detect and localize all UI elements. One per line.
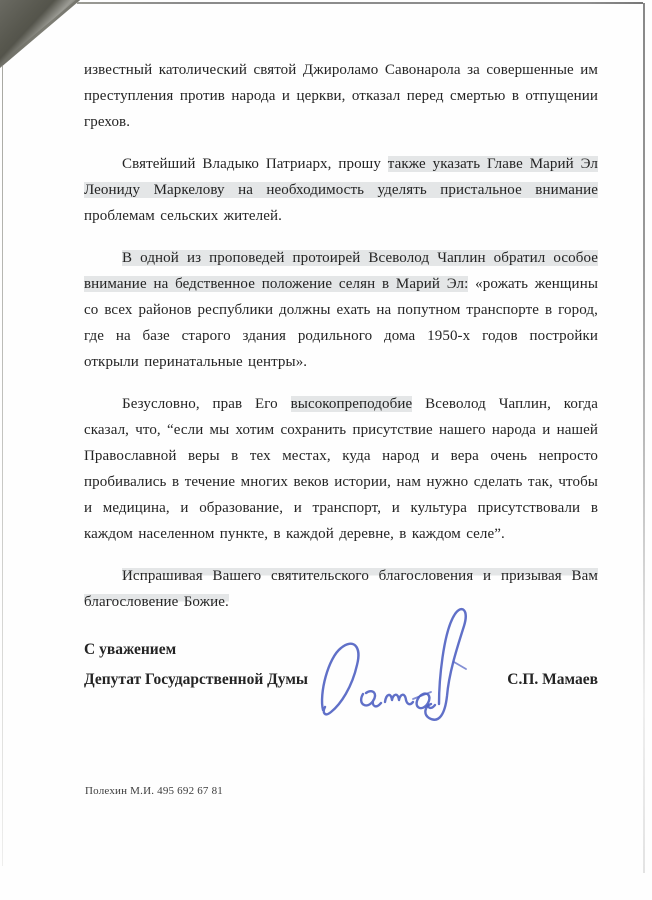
signatory-position: Депутат Государственной Думы [84, 665, 308, 695]
signatory-name: С.П. Мамаев [507, 665, 598, 695]
text-run: проблемам сельских жителей. [84, 208, 282, 224]
highlighted-text: высокопреподобие [291, 396, 413, 412]
paragraph-1: известный католический святой Джироламо … [84, 57, 598, 135]
paragraph-4: Безусловно, прав Его высокопреподобие Вс… [84, 391, 598, 547]
signature-letter-a2 [417, 694, 435, 709]
signature-block: С уважением Депутат Государственной Думы… [84, 635, 598, 695]
text-run: Святейший Владыко Патриарх, прошу [122, 156, 388, 172]
paragraph-5: Испрашивая Вашего святительского благосл… [84, 563, 598, 615]
highlighted-text: Испрашивая Вашего святительского благосл… [84, 568, 598, 610]
paragraph-2: Святейший Владыко Патриарх, прошу также … [84, 151, 598, 229]
text-run: Безусловно, прав Его [122, 396, 291, 412]
page-right-edge [643, 3, 645, 873]
page-left-edge [2, 66, 3, 866]
text-run: известный католический святой Джироламо … [84, 62, 598, 130]
text-run: Всеволод Чаплин, когда сказал, что, “есл… [84, 396, 598, 542]
signature-letter-sh [385, 695, 413, 704]
scanned-letter-page: известный католический святой Джироламо … [0, 0, 652, 900]
footer-contact: Полехин М.И. 495 692 67 81 [85, 785, 223, 797]
closing-regards: С уважением [84, 635, 598, 665]
page-top-edge [77, 2, 643, 4]
letter-body: известный католический святой Джироламо … [84, 57, 598, 695]
paragraph-3: В одной из проповедей протоирей Всеволод… [84, 245, 598, 375]
